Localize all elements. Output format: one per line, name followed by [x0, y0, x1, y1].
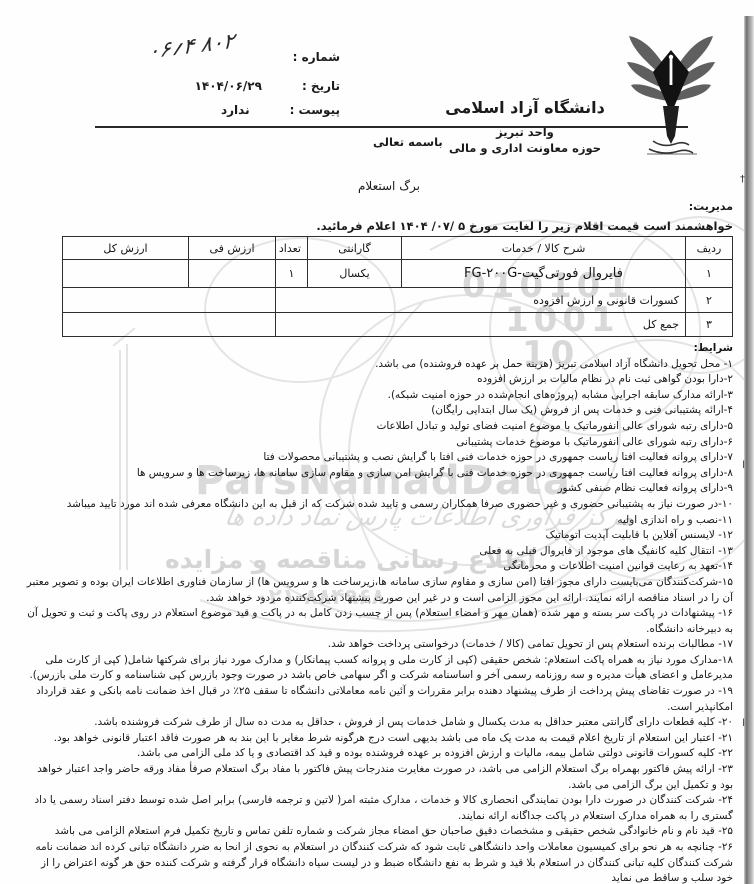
scan-mark-2: ا — [742, 460, 745, 471]
handwritten-number: ۸۰۲ ۴؍۰۶ — [148, 29, 235, 64]
table-row: ۲ کسورات قانونی و ارزش افزوده — [63, 288, 733, 313]
term-item: ۱۴-تعهد به رعایت قوانین امنیت اطلاعات و … — [25, 559, 733, 575]
col-header-unit-value: ارزش فی — [189, 237, 276, 260]
term-item: ۱۰-در صورت نیاز به پشتیبانی حضوری و غیر … — [25, 497, 733, 513]
col-header-row-number: ردیف — [686, 237, 733, 260]
term-item: ۲۶- چنانچه به هر نحو برای کمیسیون معاملا… — [25, 840, 733, 884]
date-label: تاریخ : — [302, 79, 340, 93]
term-item: ۷-دارای پروانه فعالیت افتا ریاست جمهوری … — [25, 450, 733, 466]
item-description: فایروال فورتی‌گیت-FG-۲۰۰G — [402, 260, 686, 288]
term-item: ۴-ارائه پشتیبانی فنی و خدمات پس از فروش … — [25, 403, 733, 419]
item-value-empty — [63, 288, 276, 313]
term-item: ۱- محل تحویل دانشگاه آزاد اسلامی تبریز (… — [25, 357, 733, 373]
item-value-empty — [63, 313, 276, 337]
term-item: ۱۱-نصب و راه اندازی اولیه — [25, 513, 733, 529]
row-index: ۳ — [686, 313, 733, 337]
term-item: ۱۵-شرکت‌کنندگان می‌بایست دارای مجوز افتا… — [25, 575, 733, 606]
scan-edge-artifact — [744, 16, 754, 884]
terms-list: ۱- محل تحویل دانشگاه آزاد اسلامی تبریز (… — [25, 357, 733, 884]
term-item: ۲۲- کلیه کسورات قانونی دولتی شامل بیمه، … — [25, 746, 733, 762]
term-item: ۱۸-مدارک مورد نیاز به همراه پاکت استعلام… — [25, 653, 733, 684]
term-item: ۶-دارای رتبه شورای عالی انفورماتیک با مو… — [25, 435, 733, 451]
form-title: برگ استعلام — [358, 179, 420, 193]
inquiry-document-page: 010101 1001 10 ParsNamadData مرکز فرآوری… — [0, 0, 754, 884]
col-header-quantity: تعداد — [276, 237, 308, 260]
university-name: دانشگاه آزاد اسلامی — [430, 98, 620, 117]
recipient-line: مدیریت: — [689, 200, 733, 213]
term-item: ۲-دارا بودن گواهی ثبت نام در نظام مالیات… — [25, 372, 733, 388]
request-line: خواهشمند است قیمت اقلام زیر را لغایت مور… — [316, 219, 733, 233]
term-item: ۱۹- در صورت تقاضای پیش پرداخت از طرف پیش… — [25, 684, 733, 715]
term-item: ۲۰- کلیه قطعات دارای گارانتی معتبر حداقل… — [25, 715, 733, 731]
item-warranty: یکسال — [308, 260, 402, 288]
term-item: ۱۷- مطالبات برنده استعلام پس از تحویل تم… — [25, 637, 733, 653]
number-row: شماره : — [293, 50, 340, 64]
term-item: ۲۴- شرکت کنندگان در صورت دارا بودن نماین… — [25, 793, 733, 824]
item-total-value-empty — [63, 260, 189, 288]
department-name: حوزه معاونت اداری و مالی — [430, 141, 620, 155]
scan-mark-3: ا — [742, 718, 745, 729]
term-item: ۱۲- لایسنس آفلاین با قابلیت آپدیت اتومات… — [25, 528, 733, 544]
item-quantity: ۱ — [276, 260, 308, 288]
term-item: ۲۳- ارائه پیش فاکتور بهمراه برگ استعلام … — [25, 762, 733, 793]
term-item: ۲۵- قید نام و نام خانوادگی شخص حقیقی و م… — [25, 824, 733, 840]
number-label: شماره : — [293, 50, 340, 64]
date-row: تاریخ : ۱۴۰۴/۰۶/۲۹ — [195, 79, 340, 93]
col-header-warranty: گارانتی — [308, 237, 402, 260]
col-header-description: شرح کالا / خدمات — [402, 237, 686, 260]
term-item: ۲۱- اعتبار این استعلام از تاریخ اعلام قی… — [25, 731, 733, 747]
attachment-label: پیوست : — [290, 103, 340, 117]
col-header-total-value: ارزش کل — [63, 237, 189, 260]
term-item: ۵-دارای رتبه شورای عالی انفورماتیک با مو… — [25, 419, 733, 435]
attachment-row: پیوست : ندارد — [221, 103, 340, 117]
azad-university-logo — [625, 28, 717, 160]
date-value: ۱۴۰۴/۰۶/۲۹ — [195, 79, 262, 93]
scan-mark-1: † — [740, 174, 745, 185]
term-item: ۸-دارای پروانه فعالیت افتا ریاست جمهوری … — [25, 466, 733, 482]
table-header-row: ردیف شرح کالا / خدمات گارانتی تعداد ارزش… — [63, 237, 733, 260]
term-item: ۳-ارائه مدارک سابقه اجرایی مشابه (پروژه‌… — [25, 388, 733, 404]
items-table: ردیف شرح کالا / خدمات گارانتی تعداد ارزش… — [62, 236, 733, 337]
terms-section: شرایط: ۱- محل تحویل دانشگاه آزاد اسلامی … — [25, 341, 733, 884]
bismillah-text: باسمه تعالی — [373, 135, 443, 149]
attachment-value: ندارد — [221, 103, 250, 117]
row-index: ۱ — [686, 260, 733, 288]
item-unit-value-empty — [189, 260, 276, 288]
header-divider — [95, 126, 688, 128]
terms-title: شرایط: — [25, 341, 733, 357]
term-item: ۹-دارای پروانه فعالیت نظام صنفی کشور — [25, 481, 733, 497]
term-item: ۱۶- پیشنهادات در پاکت سر بسته و مهر شده … — [25, 606, 733, 637]
table-row: ۱ فایروال فورتی‌گیت-FG-۲۰۰G یکسال ۱ — [63, 260, 733, 288]
item-description: کسورات قانونی و ارزش افزوده — [276, 288, 686, 313]
table-row: ۳ جمع کل — [63, 313, 733, 337]
item-description: جمع کل — [276, 313, 686, 337]
row-index: ۲ — [686, 288, 733, 313]
term-item: ۱۳- انتقال کلیه کانفیگ های موجود از فایر… — [25, 544, 733, 560]
